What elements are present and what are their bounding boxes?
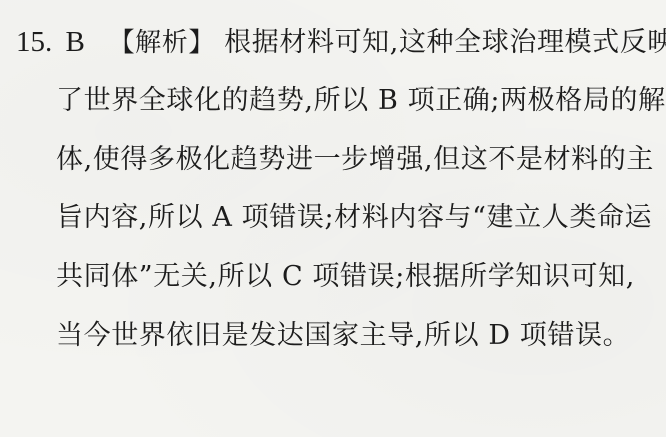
document-page: 15. B 【解析】 根据材料可知,这种全球治理模式反映 了世界全球化的趋势,所… xyxy=(0,0,666,437)
analysis-tag: 【解析】 xyxy=(109,28,215,58)
explanation-line-2: 了世界全球化的趋势,所以 B 项正确;两极格局的解 xyxy=(56,83,666,119)
explanation-line-1: 15. B 【解析】 根据材料可知,这种全球治理模式反映 xyxy=(16,24,666,60)
explanation-line-4: 旨内容,所以 A 项错误;材料内容与“建立人类命运 xyxy=(56,200,652,236)
explanation-line-5: 共同体”无关,所以 C 项错误;根据所学知识可知, xyxy=(56,259,635,295)
question-number: 15. xyxy=(16,26,52,58)
answer-letter: B xyxy=(65,26,85,58)
explanation-line-6: 当今世界依旧是发达国家主导,所以 D 项错误。 xyxy=(56,318,630,354)
explanation-text: 根据材料可知,这种全球治理模式反映 xyxy=(224,27,666,58)
explanation-line-3: 体,使得多极化趋势进一步增强,但这不是材料的主 xyxy=(56,142,654,178)
